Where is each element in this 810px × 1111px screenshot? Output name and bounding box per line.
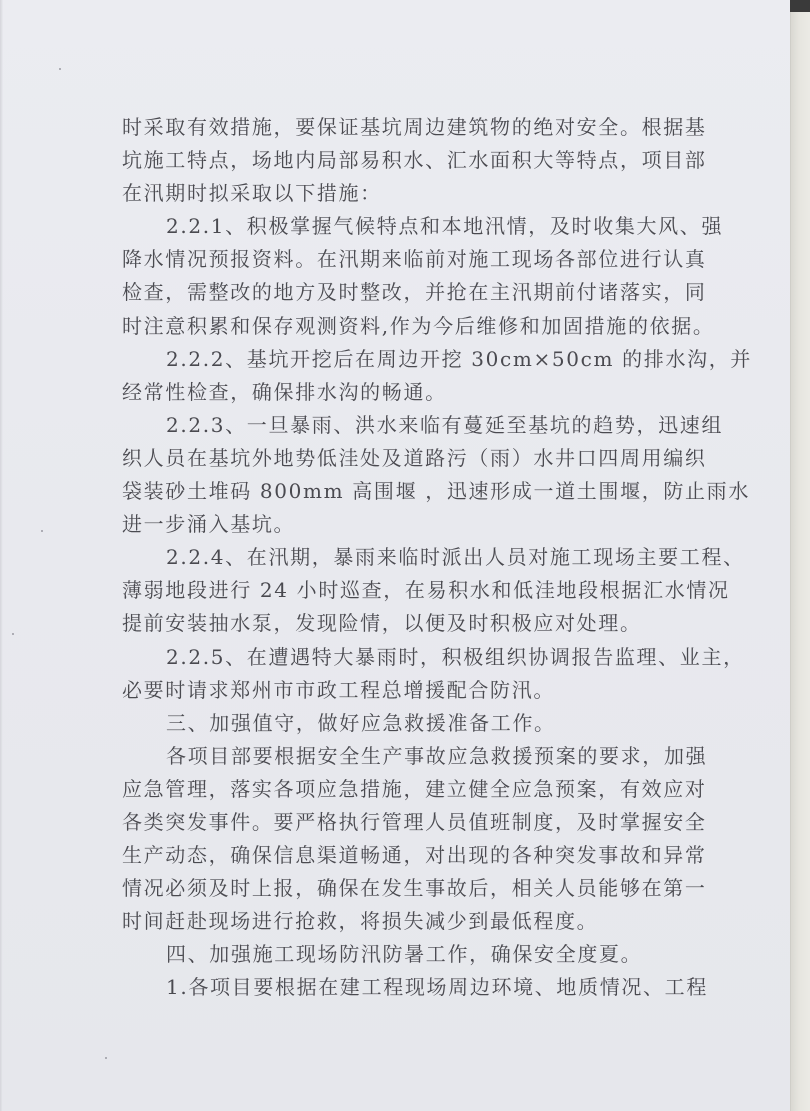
section-2-2-5-heading: 2.2.5、在遭遇特大暴雨时，积极组织协调报告监理、业主， — [122, 641, 694, 674]
text-line: 坑施工特点，场地内局部易积水、汇水面积大等特点，项目部 — [122, 144, 694, 177]
section-2-2-3-heading: 2.2.3、一旦暴雨、洪水来临有蔓延至基坑的趋势，迅速组 — [122, 409, 694, 442]
text-line: 进一步涌入基坑。 — [122, 508, 694, 541]
text-line: 检查，需整改的地方及时整改，并抢在主汛期前付诸落实，同 — [122, 276, 694, 309]
text-line: 时间赶赴现场进行抢救，将损失减少到最低程度。 — [122, 905, 694, 938]
text-line: 时采取有效措施，要保证基坑周边建筑物的绝对安全。根据基 — [122, 111, 694, 144]
scanned-page: 时采取有效措施，要保证基坑周边建筑物的绝对安全。根据基 坑施工特点，场地内局部易… — [0, 0, 790, 1111]
text-line: 织人员在基坑外地势低洼处及道路污（雨）水井口四周用编织 — [122, 442, 694, 475]
section-2-2-1-heading: 2.2.1、积极掌握气候特点和本地汛情，及时收集大风、强 — [122, 210, 694, 243]
text-line: 薄弱地段进行 24 小时巡查，在易积水和低洼地段根据汇水情况 — [122, 574, 694, 607]
scan-speck — [12, 633, 14, 635]
text-line: 各类突发事件。要严格执行管理人员值班制度，及时掌握安全 — [122, 806, 694, 839]
page-right-edge — [790, 0, 810, 1111]
section-3-heading: 三、加强值守，做好应急救援准备工作。 — [122, 707, 694, 740]
text-line: 应急管理，落实各项应急措施，建立健全应急预案，有效应对 — [122, 773, 694, 806]
text-line: 时注意积累和保存观测资料,作为今后维修和加固措施的依据。 — [122, 310, 694, 343]
section-4-heading: 四、加强施工现场防汛防暑工作，确保安全度夏。 — [122, 938, 694, 971]
section-2-2-4-heading: 2.2.4、在汛期，暴雨来临时派出人员对施工现场主要工程、 — [122, 541, 694, 574]
text-line: 情况必须及时上报，确保在发生事故后，相关人员能够在第一 — [122, 872, 694, 905]
text-line: 降水情况预报资料。在汛期来临前对施工现场各部位进行认真 — [122, 243, 694, 276]
text-line: 生产动态，确保信息渠道畅通，对出现的各种突发事故和异常 — [122, 839, 694, 872]
scanner-corner-shadow — [790, 0, 810, 12]
text-line: 在汛期时拟采取以下措施： — [122, 177, 694, 210]
text-line: 提前安装抽水泵，发现险情，以便及时积极应对处理。 — [122, 607, 694, 640]
scan-speck — [41, 530, 43, 532]
text-line: 各项目部要根据安全生产事故应急救援预案的要求，加强 — [122, 740, 694, 773]
scan-speck — [105, 1057, 107, 1059]
page-left-shadow — [0, 0, 3, 1111]
section-2-2-2-heading: 2.2.2、基坑开挖后在周边开挖 30cm×50cm 的排水沟，并 — [122, 343, 694, 376]
document-body: 时采取有效措施，要保证基坑周边建筑物的绝对安全。根据基 坑施工特点，场地内局部易… — [122, 111, 694, 1005]
item-1-text: 1.各项目要根据在建工程现场周边环境、地质情况、工程 — [122, 971, 694, 1004]
scan-speck — [59, 68, 61, 70]
text-line: 必要时请求郑州市市政工程总增援配合防汛。 — [122, 674, 694, 707]
text-line: 袋装砂土堆码 800mm 高围堰 ，迅速形成一道土围堰，防止雨水 — [122, 475, 694, 508]
text-line: 经常性检查，确保排水沟的畅通。 — [122, 376, 694, 409]
